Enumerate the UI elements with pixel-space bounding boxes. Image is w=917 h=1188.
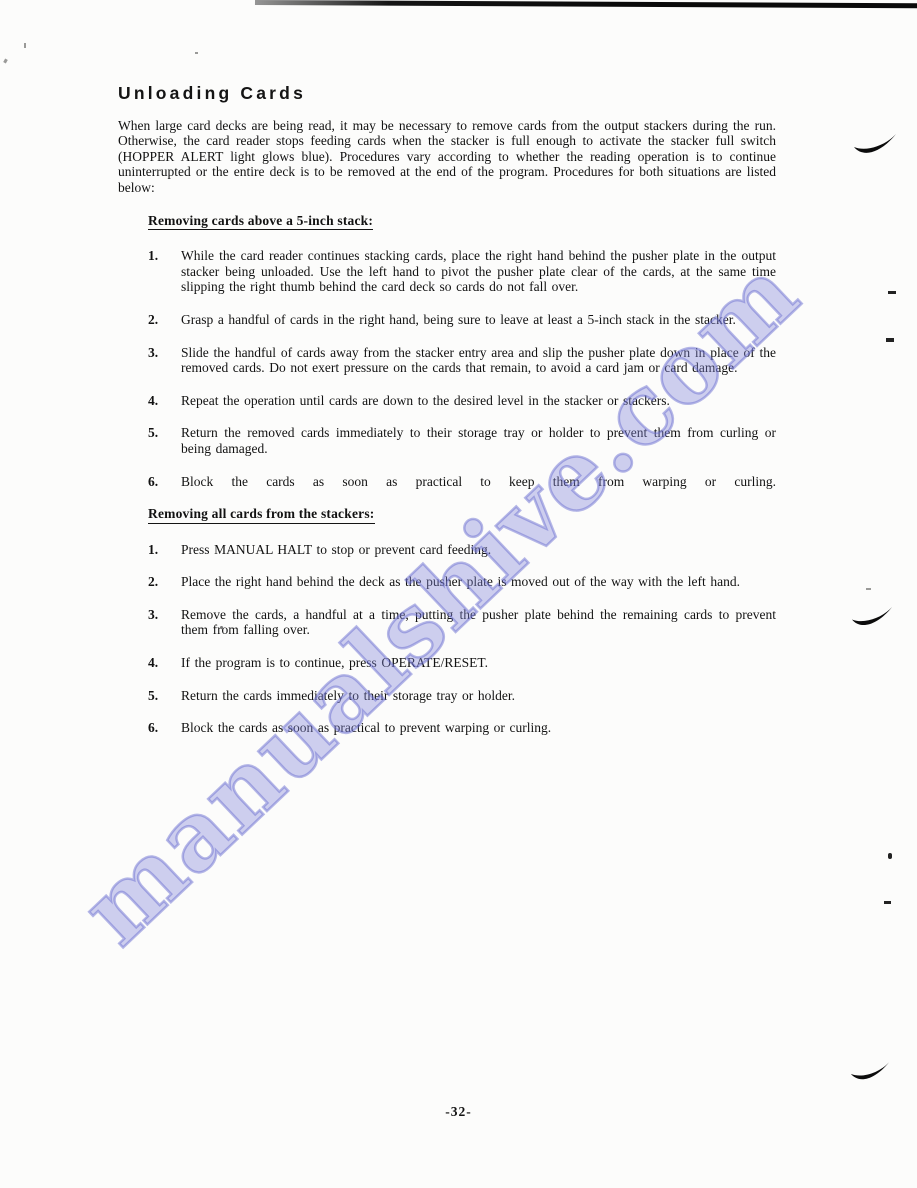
document-page: Unloading Cards When large card decks ar… — [118, 86, 776, 753]
list-item-number: 1. — [148, 248, 181, 295]
list-item-text: Slide the handful of cards away from the… — [181, 345, 776, 376]
list-item: 1. While the card reader continues stack… — [148, 248, 776, 295]
scan-artifact-crescent — [850, 1060, 891, 1086]
scan-artifact-speck — [888, 291, 896, 294]
scan-artifact-speck — [195, 52, 198, 54]
section-removing-above-5-inch: Removing cards above a 5-inch stack: 1. … — [118, 213, 776, 490]
scan-artifact-speck — [884, 901, 891, 904]
page-title: Unloading Cards — [118, 86, 776, 102]
scan-artifact-speck — [886, 338, 894, 342]
list-item: 5. Return the cards immediately to their… — [148, 688, 776, 704]
list-item-number: 4. — [148, 393, 181, 409]
list-item: 4. If the program is to continue, press … — [148, 655, 776, 671]
page-number: -32- — [0, 1104, 917, 1120]
list-item: 3. Remove the cards, a handful at a time… — [148, 607, 776, 638]
list-item-number: 2. — [148, 574, 181, 590]
scan-artifact-speck — [888, 853, 892, 859]
list-item-number: 4. — [148, 655, 181, 671]
list-item-text: Place the right hand behind the deck as … — [181, 574, 776, 590]
list-item: 2. Place the right hand behind the deck … — [148, 574, 776, 590]
list-item-number: 2. — [148, 312, 181, 328]
list-item-text: Press MANUAL HALT to stop or prevent car… — [181, 542, 776, 558]
list-item-text: Return the removed cards immediately to … — [181, 425, 776, 456]
numbered-list: 1. Press MANUAL HALT to stop or prevent … — [118, 542, 776, 736]
list-item-number: 3. — [148, 607, 181, 638]
list-item: 4. Repeat the operation until cards are … — [148, 393, 776, 409]
scan-artifact-crescent — [853, 132, 898, 160]
section-heading: Removing all cards from the stackers: — [148, 506, 375, 524]
list-item-number: 1. — [148, 542, 181, 558]
section-heading: Removing cards above a 5-inch stack: — [148, 213, 373, 231]
list-item-number: 5. — [148, 425, 181, 456]
list-item-text: Block the cards as soon as practical to … — [181, 720, 776, 736]
scan-artifact-crescent — [851, 605, 894, 632]
list-item: 5. Return the removed cards immediately … — [148, 425, 776, 456]
list-item: 6. Block the cards as soon as practical … — [148, 720, 776, 736]
scan-top-edge — [255, 0, 917, 8]
list-item: 6. Block the cards as soon as practical … — [148, 474, 776, 490]
list-item: 3. Slide the handful of cards away from … — [148, 345, 776, 376]
scan-artifact-speck — [220, 626, 223, 629]
list-item-text: Block the cards as soon as practical to … — [181, 474, 776, 490]
scan-artifact-speck — [3, 59, 8, 64]
list-item-text: Repeat the operation until cards are dow… — [181, 393, 776, 409]
list-item: 1. Press MANUAL HALT to stop or prevent … — [148, 542, 776, 558]
section-removing-all-cards: Removing all cards from the stackers: 1.… — [118, 506, 776, 736]
list-item-text: If the program is to continue, press OPE… — [181, 655, 776, 671]
list-item-text: While the card reader continues stacking… — [181, 248, 776, 295]
scan-artifact-speck — [866, 588, 871, 590]
numbered-list: 1. While the card reader continues stack… — [118, 248, 776, 489]
list-item-number: 5. — [148, 688, 181, 704]
list-item-number: 6. — [148, 474, 181, 490]
list-item: 2. Grasp a handful of cards in the right… — [148, 312, 776, 328]
list-item-text: Grasp a handful of cards in the right ha… — [181, 312, 776, 328]
scan-artifact-speck — [24, 43, 26, 48]
list-item-number: 3. — [148, 345, 181, 376]
list-item-text: Return the cards immediately to their st… — [181, 688, 776, 704]
intro-paragraph: When large card decks are being read, it… — [118, 118, 776, 196]
list-item-text: Remove the cards, a handful at a time, p… — [181, 607, 776, 638]
list-item-number: 6. — [148, 720, 181, 736]
